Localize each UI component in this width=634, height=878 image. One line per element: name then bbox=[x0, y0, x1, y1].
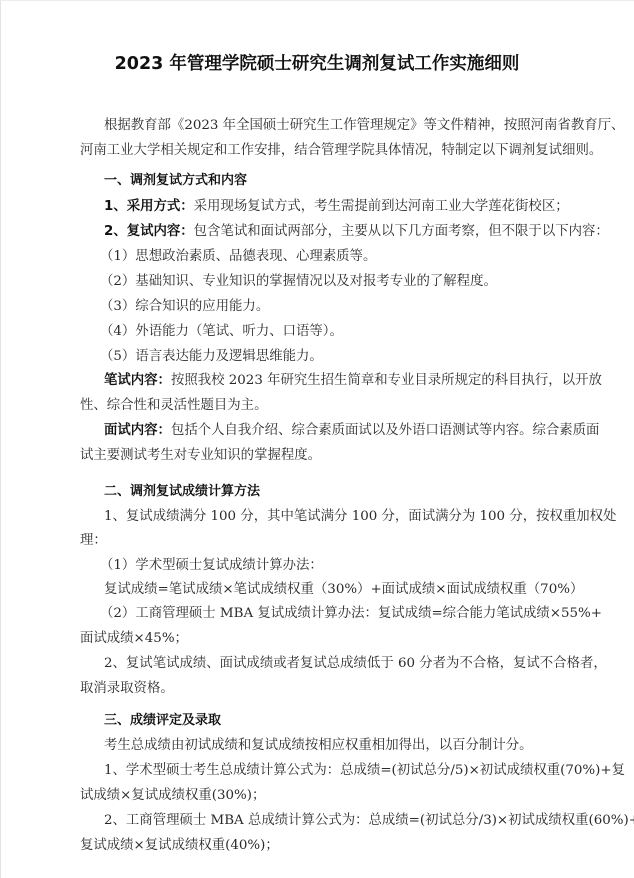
written-test-line-1: 笔试内容：按照我校 2023 年研究生招生简章和专业目录所规定的科目执行，以开放 bbox=[104, 372, 604, 390]
sub-item-4: （4）外语能力（笔试、听力、口语等）。 bbox=[100, 323, 600, 341]
section-2-p2-line-2: 取消录取资格。 bbox=[80, 680, 580, 698]
section-3-p2-line-1: 2、工商管理硕士 MBA 总成绩计算公式为：总成绩=(初试总分/3)×初试成绩权… bbox=[104, 812, 580, 830]
interview-line-2: 试主要测试考生对专业知识的掌握程度。 bbox=[80, 447, 580, 465]
intro-line-1: 根据教育部《2023 年全国硕士研究生工作管理规定》等文件精神，按照河南省教育厅… bbox=[104, 117, 580, 135]
item-2-lead: 2、复试内容： bbox=[104, 224, 194, 239]
section-1-item-1: 1、采用方式：采用现场复试方式，考生需提前到达河南工业大学莲花街校区； bbox=[104, 198, 604, 216]
sub-item-5: （5）语言表达能力及逻辑思维能力。 bbox=[100, 348, 600, 366]
page-top-edge bbox=[0, 0, 634, 1]
sub-item-3: （3）综合知识的应用能力。 bbox=[100, 298, 600, 316]
written-test-lead: 笔试内容： bbox=[104, 373, 171, 388]
item-1-text: 采用现场复试方式，考生需提前到达河南工业大学莲花街校区； bbox=[194, 199, 569, 214]
mba-line-1: （2）工商管理硕士 MBA 复试成绩计算办法：复试成绩=综合能力笔试成绩×55%… bbox=[100, 605, 580, 623]
sub-item-1: （1）思想政治素质、品德表现、心理素质等。 bbox=[100, 248, 600, 266]
sub-item-2: （2）基础知识、专业知识的掌握情况以及对报考专业的了解程度。 bbox=[100, 273, 600, 291]
document-title: 2023 年管理学院硕士研究生调剂复试工作实施细则 bbox=[0, 50, 634, 75]
mba-line-2: 面试成绩×45%； bbox=[80, 630, 580, 648]
academic-formula: 复试成绩=笔试成绩×笔试成绩权重（30%）+面试成绩×面试成绩权重（70%） bbox=[104, 581, 604, 599]
interview-text: 包括个人自我介绍、综合素质面试以及外语口语测试等内容。综合素质面 bbox=[171, 423, 600, 438]
written-test-line-2: 性、综合性和灵活性题目为主。 bbox=[80, 397, 580, 415]
section-2-p1-line-1: 1、复试成绩满分 100 分，其中笔试满分 100 分，面试满分为 100 分，… bbox=[104, 508, 580, 526]
section-2-p1-line-2: 理： bbox=[80, 532, 580, 550]
section-3-p1-line-1: 1、学术型硕士考生总成绩计算公式为：总成绩=(初试总分/5)×初试成绩权重(70… bbox=[104, 762, 580, 780]
academic-label: （1）学术型硕士复试成绩计算办法： bbox=[100, 557, 600, 575]
section-3-p2-line-2: 复试成绩×复试成绩权重(40%)； bbox=[80, 837, 580, 855]
written-test-text: 按照我校 2023 年研究生招生简章和专业目录所规定的科目执行，以开放 bbox=[171, 373, 602, 388]
section-1-heading: 一、调剂复试方式和内容 bbox=[104, 172, 604, 190]
section-2-p2-line-1: 2、复试笔试成绩、面试成绩或者复试总成绩低于 60 分者为不合格，复试不合格者， bbox=[104, 655, 580, 673]
item-2-text: 包含笔试和面试两部分，主要从以下几方面考察，但不限于以下内容： bbox=[194, 224, 609, 239]
interview-line-1: 面试内容：包括个人自我介绍、综合素质面试以及外语口语测试等内容。综合素质面 bbox=[104, 422, 604, 440]
item-1-lead: 1、采用方式： bbox=[104, 199, 194, 214]
intro-line-2: 河南工业大学相关规定和工作安排，结合管理学院具体情况，特制定以下调剂复试细则。 bbox=[80, 142, 580, 160]
section-3-p0: 考生总成绩由初试成绩和复试成绩按相应权重相加得出，以百分制计分。 bbox=[104, 737, 604, 755]
section-3-p1-line-2: 试成绩×复试成绩权重(30%)； bbox=[80, 787, 580, 805]
section-3-heading: 三、成绩评定及录取 bbox=[104, 712, 604, 730]
page-left-edge bbox=[0, 0, 1, 878]
section-1-item-2: 2、复试内容：包含笔试和面试两部分，主要从以下几方面考察，但不限于以下内容： bbox=[104, 223, 604, 241]
section-2-heading: 二、调剂复试成绩计算方法 bbox=[104, 483, 604, 501]
interview-lead: 面试内容： bbox=[104, 423, 171, 438]
